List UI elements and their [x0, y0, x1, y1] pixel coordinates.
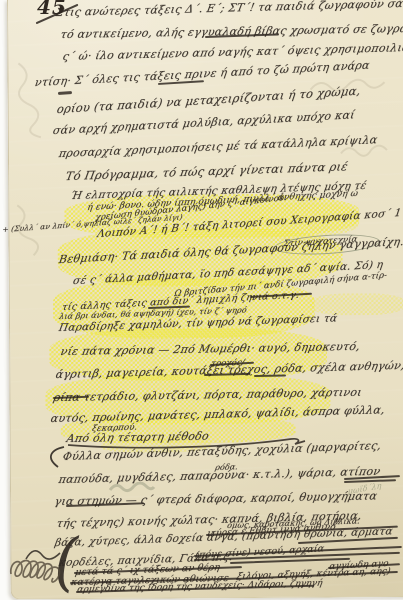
ink-bleedthrough [12, 59, 46, 139]
underline-flourish [66, 434, 311, 450]
spiral-scribble-doodle [8, 548, 66, 590]
scanned-manuscript: { "page_number": "45", "colors": { "pape… [0, 0, 403, 600]
paren-mark [44, 444, 66, 470]
pencil-smudge [108, 482, 156, 494]
